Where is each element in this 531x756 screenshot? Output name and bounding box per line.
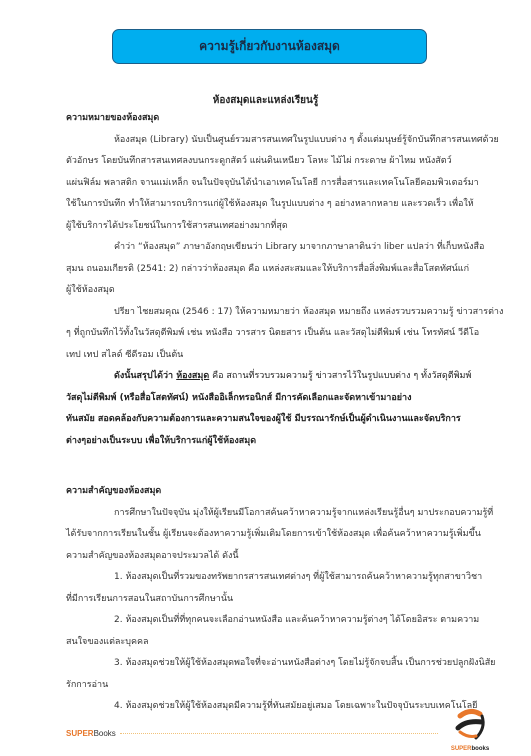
text-line: ใช้ในการบันทึก ทำให้สามารถบริการแก่ผู้ใช… — [66, 194, 486, 216]
text-line: คำว่า “ห้องสมุด” ภาษาอังกฤษเขียนว่า Libr… — [66, 237, 486, 259]
list-item-2: 2. ห้องสมุดเป็นที่ที่ทุกคนจะเลือกอ่านหนั… — [66, 610, 486, 653]
conclusion-term: ห้องสมุด — [176, 371, 209, 381]
text-line: ผู้ใช้ห้องสมุด — [66, 280, 486, 302]
text-line: สุมน ถนอมเกียรติ (2541: 2) กล่าวว่าห้องส… — [66, 259, 486, 281]
text-line: สนใจของแต่ละบุคคล — [66, 632, 486, 654]
footer-brand-super: SUPER — [66, 729, 94, 738]
conclusion-lead: ดังนั้นสรุปได้ว่า — [114, 371, 176, 381]
text-line: 2. ห้องสมุดเป็นที่ที่ทุกคนจะเลือกอ่านหนั… — [66, 610, 486, 632]
text-line: 3. ห้องสมุดช่วยให้ผู้ใช้ห้องสมุดพอใจที่จ… — [66, 653, 486, 675]
text-line: วัสดุไม่ตีพิมพ์ (หรือสื่อโสตทัศน์) หนังส… — [66, 388, 486, 410]
text-line: แผ่นฟิล์ม พลาสติก จานแม่เหล็ก จนในปัจจุบ… — [66, 173, 486, 195]
spacer — [66, 473, 486, 481]
paragraph-etymology: คำว่า “ห้องสมุด” ภาษาอังกฤษเขียนว่า Libr… — [66, 237, 486, 302]
list-item-1: 1. ห้องสมุดเป็นที่รวมของทรัพยากรสารสนเทศ… — [66, 567, 486, 610]
text-line: 1. ห้องสมุดเป็นที่รวมของทรัพยากรสารสนเทศ… — [66, 567, 486, 589]
text-line: การศึกษาในปัจจุบัน มุ่งให้ผู้เรียนมีโอกา… — [66, 503, 486, 525]
logo-books: books — [472, 746, 490, 752]
list-item-3: 3. ห้องสมุดช่วยให้ผู้ใช้ห้องสมุดพอใจที่จ… — [66, 653, 486, 696]
paragraph-importance-intro: การศึกษาในปัจจุบัน มุ่งให้ผู้เรียนมีโอกา… — [66, 503, 486, 568]
footer-divider — [120, 733, 438, 734]
text-line: ผู้ใช้บริการได้ประโยชน์ในการใช้สารสนเทศอ… — [66, 216, 486, 238]
text-line: ได้รับจากการเรียนในชั้น ผู้เรียนจะต้องหา… — [66, 524, 486, 546]
heading-library-meaning: ความหมายของห้องสมุด — [66, 108, 486, 130]
text-line: รักการอ่าน — [66, 675, 486, 697]
footer-brand-books: Books — [94, 729, 116, 738]
text-line: ดังนั้นสรุปได้ว่า ห้องสมุด คือ สถานที่รว… — [66, 366, 486, 388]
text-line: ตัวอักษร โดยบันทึกสารสนเทศลงบนกระดูกสัตว… — [66, 151, 486, 173]
document-title: ความรู้เกี่ยวกับงานห้องสมุด — [199, 37, 340, 56]
text-line: ทันสมัย สอดคล้องกับความต้องการและความสนใ… — [66, 409, 486, 431]
section-subtitle: ห้องสมุดและแหล่งเรียนรู้ — [0, 93, 531, 108]
heading-library-importance: ความสำคัญของห้องสมุด — [66, 481, 486, 503]
text-line: ปรียา ไชยสมคุณ (2546 : 17) ให้ความหมายว่… — [66, 302, 486, 324]
logo-wordmark: SUPERbooks — [442, 746, 498, 752]
spacer — [66, 452, 486, 473]
text-line: ความสำคัญของห้องสมุดอาจประมวลได้ ดังนี้ — [66, 546, 486, 568]
text-line: ที่มีการเรียนการสอนในสถาบันการศึกษานั้น — [66, 589, 486, 611]
document-body: ความหมายของห้องสมุด ห้องสมุด (Library) น… — [66, 108, 486, 718]
text-line: ห้องสมุด (Library) นับเป็นศูนย์รวมสารสนเ… — [66, 130, 486, 152]
logo-super: SUPER — [451, 746, 472, 752]
text-line: ๆ ที่ถูกบันทึกไว้ทั้งในวัสดุตีพิมพ์ เช่น… — [66, 323, 486, 345]
book-swirl-icon — [442, 706, 498, 744]
paragraph-priya-definition: ปรียา ไชยสมคุณ (2546 : 17) ให้ความหมายว่… — [66, 302, 486, 367]
superbooks-logo: SUPERbooks — [442, 706, 498, 752]
footer-brand: SUPERBooks — [66, 729, 116, 738]
conclusion-rest: คือ สถานที่รวบรวมความรู้ ข่าวสารไว้ในรูป… — [209, 371, 471, 381]
document-title-banner: ความรู้เกี่ยวกับงานห้องสมุด — [112, 29, 427, 64]
text-line: เทป เทป สไลด์ ซีดีรอม เป็นต้น — [66, 345, 486, 367]
page-footer: SUPERBooks SUPERbooks — [0, 700, 531, 756]
paragraph-conclusion: ดังนั้นสรุปได้ว่า ห้องสมุด คือ สถานที่รว… — [66, 366, 486, 452]
text-line: ต่างๆอย่างเป็นระบบ เพื่อให้บริการแก่ผู้ใ… — [66, 431, 486, 453]
paragraph-library-definition: ห้องสมุด (Library) นับเป็นศูนย์รวมสารสนเ… — [66, 130, 486, 238]
